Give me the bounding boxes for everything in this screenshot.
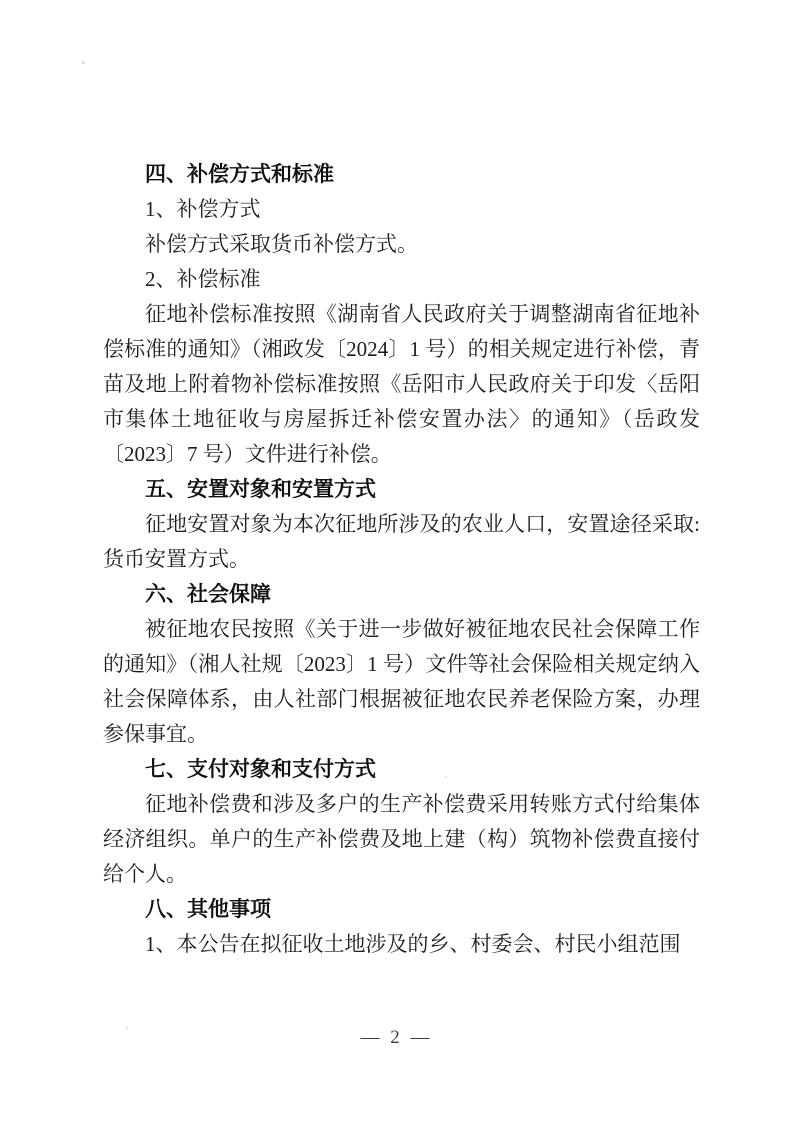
section-heading-payment: 七、支付对象和支付方式	[103, 752, 700, 787]
paragraph-compensation-standard-text: 征地补偿标准按照《湖南省人民政府关于调整湖南省征地补偿标准的通知》（湘政发〔20…	[103, 297, 700, 472]
paragraph-social-security-text: 被征地农民按照《关于进一步做好被征地农民社会保障工作的通知》（湘人社规〔2023…	[103, 612, 700, 752]
scan-speck	[82, 61, 85, 64]
paragraph-resettlement-text: 征地安置对象为本次征地所涉及的农业人口，安置途径采取:货币安置方式。	[103, 507, 700, 577]
section-heading-social-security: 六、社会保障	[103, 577, 700, 612]
section-heading-resettlement: 五、安置对象和安置方式	[103, 472, 700, 507]
section-heading-other-matters: 八、其他事项	[103, 892, 700, 927]
page-number: — 2 —	[0, 1026, 793, 1050]
paragraph-compensation-method-text: 补偿方式采取货币补偿方式。	[103, 227, 700, 262]
document-page: 四、补偿方式和标准 1、补偿方式 补偿方式采取货币补偿方式。 2、补偿标准 征地…	[0, 0, 793, 1121]
paragraph-compensation-standard-label: 2、补偿标准	[103, 262, 700, 297]
paragraph-compensation-method-label: 1、补偿方式	[103, 192, 700, 227]
paragraph-payment-text: 征地补偿费和涉及多户的生产补偿费采用转账方式付给集体经济组织。单户的生产补偿费及…	[103, 787, 700, 892]
document-body: 四、补偿方式和标准 1、补偿方式 补偿方式采取货币补偿方式。 2、补偿标准 征地…	[103, 157, 700, 962]
section-heading-compensation-method-standard: 四、补偿方式和标准	[103, 157, 700, 192]
paragraph-other-matters-text: 1、本公告在拟征收土地涉及的乡、村委会、村民小组范围	[103, 927, 700, 962]
